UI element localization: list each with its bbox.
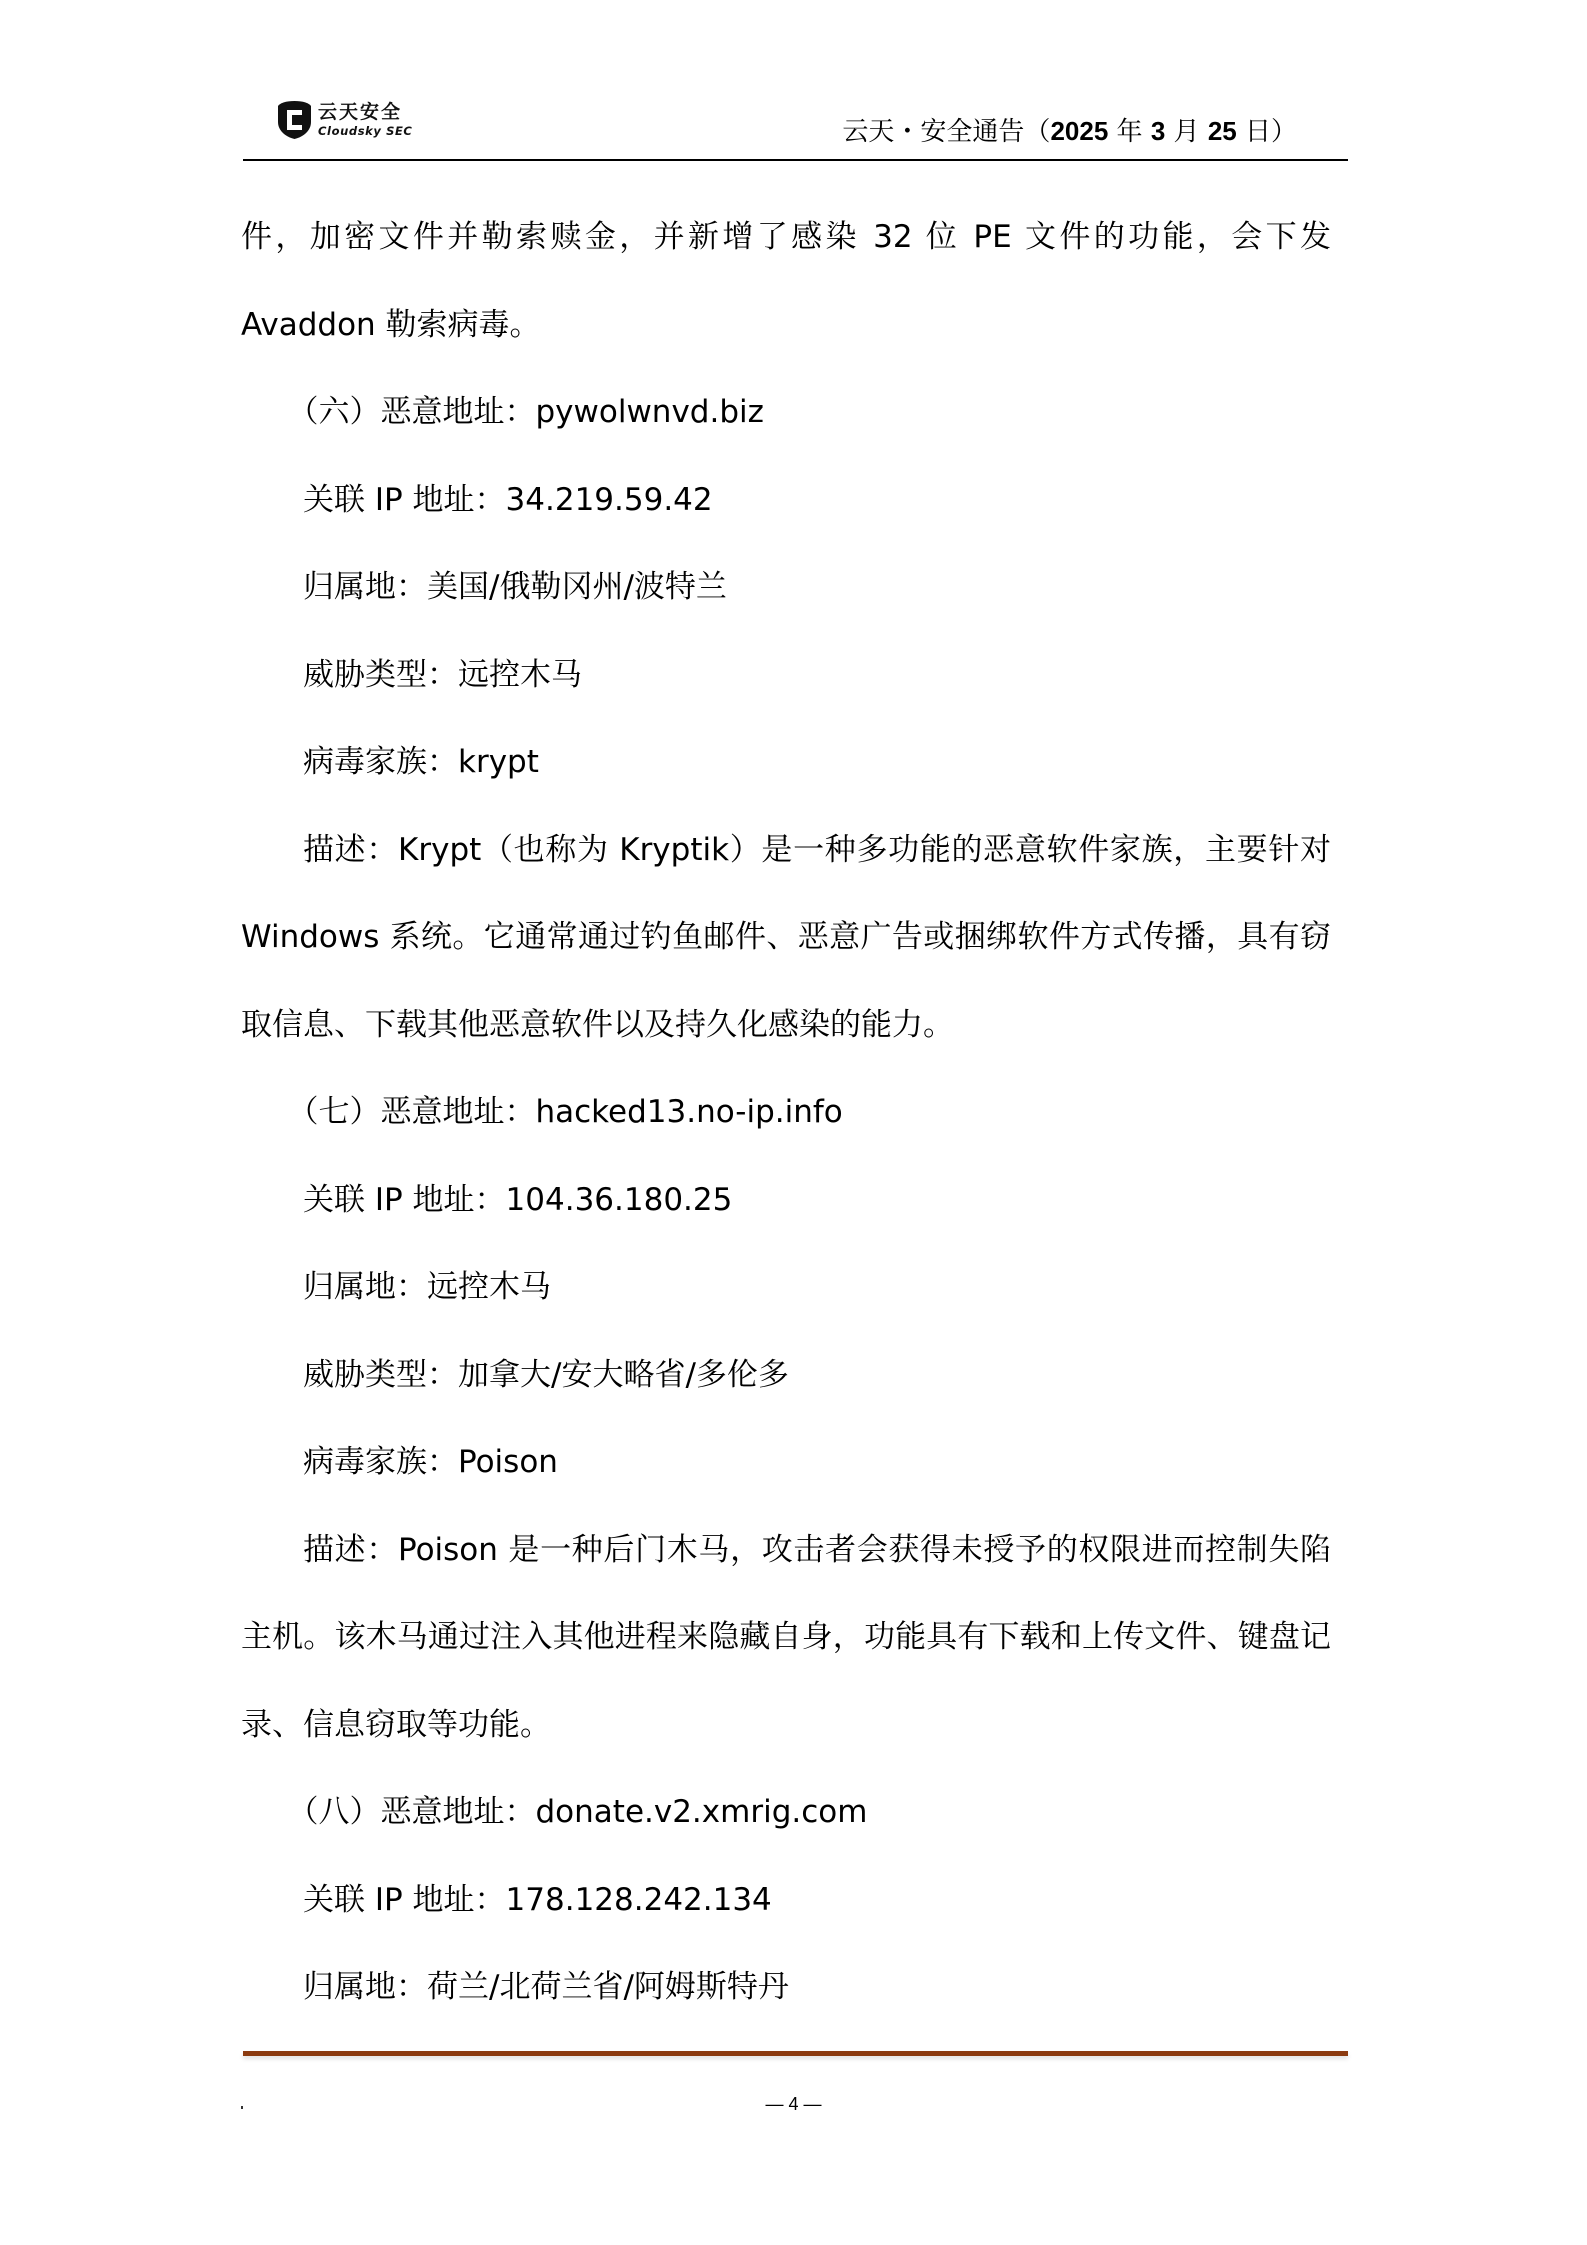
entry-ip: 关联 IP 地址：34.219.59.42 <box>241 457 1331 545</box>
title-day: 25 <box>1208 116 1237 146</box>
threat-entry-7: （七）恶意地址：hacked13.no-ip.info 关联 IP 地址：104… <box>241 1069 1331 1769</box>
entry-heading: （七）恶意地址：hacked13.no-ip.info <box>241 1069 1331 1157</box>
logo-chinese-name: 云天安全 <box>318 101 402 123</box>
entry-threat-type: 威胁类型：远控木马 <box>241 632 1331 720</box>
entry-family: 病毒家族：krypt <box>241 719 1331 807</box>
title-month-unit: 月 <box>1165 117 1208 147</box>
footer-divider <box>243 2051 1348 2056</box>
threat-entry-8: （八）恶意地址：donate.v2.xmrig.com 关联 IP 地址：178… <box>241 1769 1331 2032</box>
entry-ip: 关联 IP 地址：178.128.242.134 <box>241 1857 1331 1945</box>
shield-c-logo-icon <box>276 100 313 140</box>
title-year-unit: 年 <box>1108 117 1151 147</box>
title-month: 3 <box>1151 116 1165 146</box>
bulletin-title: 云天・安全通告（2025 年 3 月 25 日） <box>842 114 1297 149</box>
threat-entry-6: （六）恶意地址：pywolwnvd.biz 关联 IP 地址：34.219.59… <box>241 369 1331 1069</box>
continuation-paragraph: 件，加密文件并勒索赎金，并新增了感染 32 位 PE 文件的功能，会下发 Ava… <box>241 194 1331 369</box>
header-divider <box>243 159 1348 161</box>
entry-ip: 关联 IP 地址：104.36.180.25 <box>241 1157 1331 1245</box>
company-logo: 云天安全 Cloudsky SEC <box>276 100 416 142</box>
page-number: — 4 — <box>0 2092 1587 2116</box>
title-year: 2025 <box>1050 116 1108 146</box>
entry-heading: （六）恶意地址：pywolwnvd.biz <box>241 369 1331 457</box>
title-day-unit: 日） <box>1237 117 1297 147</box>
entry-location: 归属地：远控木马 <box>241 1244 1331 1332</box>
entry-location: 归属地：美国/俄勒冈州/波特兰 <box>241 544 1331 632</box>
entry-location: 归属地：荷兰/北荷兰省/阿姆斯特丹 <box>241 1944 1331 2032</box>
entry-family: 病毒家族：Poison <box>241 1419 1331 1507</box>
entry-description: 描述：Krypt（也称为 Kryptik）是一种多功能的恶意软件家族，主要针对 … <box>241 807 1331 1070</box>
document-page: 云天安全 Cloudsky SEC 云天・安全通告（2025 年 3 月 25 … <box>0 0 1587 2245</box>
logo-english-name: Cloudsky SEC <box>318 124 412 138</box>
title-prefix: 云天・安全通告（ <box>842 117 1050 147</box>
entry-threat-type: 威胁类型：加拿大/安大略省/多伦多 <box>241 1332 1331 1420</box>
entry-description: 描述：Poison 是一种后门木马，攻击者会获得未授予的权限进而控制失陷主机。该… <box>241 1507 1331 1770</box>
entry-heading: （八）恶意地址：donate.v2.xmrig.com <box>241 1769 1331 1857</box>
document-body: 件，加密文件并勒索赎金，并新增了感染 32 位 PE 文件的功能，会下发 Ava… <box>241 194 1331 2032</box>
